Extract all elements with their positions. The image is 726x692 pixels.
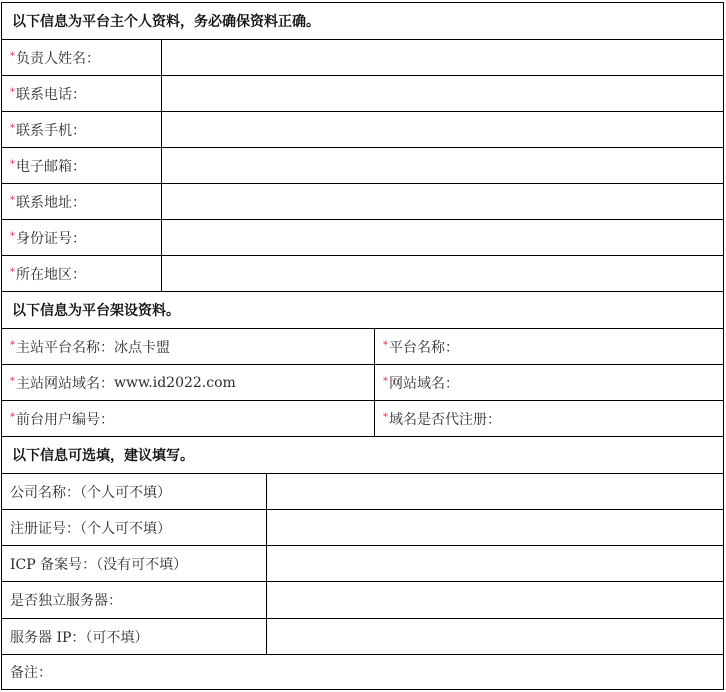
form-row-company-name: 公司名称：（个人可不填） <box>2 473 723 509</box>
required-asterisk-icon: * <box>10 87 15 98</box>
field-label: 联系地址： <box>16 192 86 212</box>
field-label: 主站网站域名： <box>16 373 114 393</box>
server-ip-field[interactable] <box>267 619 723 654</box>
site-domain-field[interactable]: * 网站域名： <box>375 365 723 400</box>
field-label-cell: 服务器 IP：（可不填） <box>2 619 267 654</box>
form-row-domain: * 主站网站域名： www.id2022.com * 网站域名： <box>2 364 723 400</box>
field-label: 服务器 IP：（可不填） <box>10 627 148 647</box>
field-label-cell: * 联系电话： <box>2 76 162 111</box>
form-row-phone: * 联系电话： <box>2 75 723 111</box>
section-heading: 以下信息为平台架设资料。 <box>2 292 723 328</box>
form-row-email: * 电子邮箱： <box>2 147 723 183</box>
field-label-cell: 注册证号：（个人可不填） <box>2 510 267 545</box>
company-name-field[interactable] <box>267 474 723 509</box>
platform-name-field[interactable]: * 平台名称： <box>375 329 723 364</box>
main-platform-name-field[interactable]: * 主站平台名称： 冰点卡盟 <box>2 329 375 364</box>
required-asterisk-icon: * <box>10 412 15 423</box>
field-label: 联系手机： <box>16 120 86 140</box>
field-label-cell: 公司名称：（个人可不填） <box>2 474 267 509</box>
field-label-cell: * 所在地区： <box>2 256 162 291</box>
form-row-region: * 所在地区： <box>2 255 723 291</box>
form-row-id-number: * 身份证号： <box>2 219 723 255</box>
phone-field[interactable] <box>162 76 723 111</box>
field-value: www.id2022.com <box>114 375 236 391</box>
form-row-platform-name: * 主站平台名称： 冰点卡盟 * 平台名称： <box>2 328 723 364</box>
required-asterisk-icon: * <box>10 195 15 206</box>
form-row-mobile: * 联系手机： <box>2 111 723 147</box>
field-label: 电子邮箱： <box>16 156 86 176</box>
field-label: 公司名称：（个人可不填） <box>10 482 171 502</box>
required-asterisk-icon: * <box>10 159 15 170</box>
remarks-label: 备注： <box>10 662 52 682</box>
required-asterisk-icon: * <box>10 231 15 242</box>
form-row-address: * 联系地址： <box>2 183 723 219</box>
email-field[interactable] <box>162 148 723 183</box>
form-row-remarks: 备注： <box>2 654 723 689</box>
front-user-id-field[interactable]: * 前台用户编号： <box>2 401 375 436</box>
form-row-registration-number: 注册证号：（个人可不填） <box>2 509 723 545</box>
field-label-cell: * 电子邮箱： <box>2 148 162 183</box>
required-asterisk-icon: * <box>383 412 388 423</box>
required-asterisk-icon: * <box>10 340 15 351</box>
registration-form: 以下信息为平台主个人资料，务必确保资料正确。 * 负责人姓名： * 联系电话： … <box>1 2 724 690</box>
main-site-domain-field[interactable]: * 主站网站域名： www.id2022.com <box>2 365 375 400</box>
icp-number-field[interactable] <box>267 546 723 581</box>
dedicated-server-field[interactable] <box>267 582 723 618</box>
contact-name-field[interactable] <box>162 40 723 75</box>
field-label: 主站平台名称： <box>16 337 114 357</box>
section-heading: 以下信息为平台主个人资料，务必确保资料正确。 <box>2 3 723 39</box>
remarks-field[interactable]: 备注： <box>2 655 723 689</box>
section-optional-heading-row: 以下信息可选填，建议填写。 <box>2 436 723 473</box>
id-number-field[interactable] <box>162 220 723 255</box>
field-label: 是否独立服务器： <box>10 590 122 610</box>
field-label-cell: 是否独立服务器： <box>2 582 267 618</box>
section-heading: 以下信息可选填，建议填写。 <box>2 437 723 473</box>
form-row-icp-number: ICP 备案号：（没有可不填） <box>2 545 723 581</box>
field-label: 身份证号： <box>16 228 86 248</box>
region-field[interactable] <box>162 256 723 291</box>
field-label-cell: * 身份证号： <box>2 220 162 255</box>
section-personal-heading-row: 以下信息为平台主个人资料，务必确保资料正确。 <box>2 3 723 39</box>
required-asterisk-icon: * <box>10 51 15 62</box>
mobile-field[interactable] <box>162 112 723 147</box>
required-asterisk-icon: * <box>383 376 388 387</box>
section-platform-heading-row: 以下信息为平台架设资料。 <box>2 291 723 328</box>
field-label: 负责人姓名： <box>16 48 100 68</box>
form-row-user-id: * 前台用户编号： * 域名是否代注册： <box>2 400 723 436</box>
field-label: 前台用户编号： <box>16 409 114 429</box>
form-row-server-ip: 服务器 IP：（可不填） <box>2 618 723 654</box>
field-label: 注册证号：（个人可不填） <box>10 518 171 538</box>
field-label-cell: * 联系手机： <box>2 112 162 147</box>
field-label: ICP 备案号：（没有可不填） <box>10 554 187 574</box>
domain-proxy-registration-field[interactable]: * 域名是否代注册： <box>375 401 723 436</box>
field-label-cell: * 负责人姓名： <box>2 40 162 75</box>
field-label-cell: ICP 备案号：（没有可不填） <box>2 546 267 581</box>
address-field[interactable] <box>162 184 723 219</box>
required-asterisk-icon: * <box>383 340 388 351</box>
field-label: 网站域名： <box>389 373 459 393</box>
required-asterisk-icon: * <box>10 267 15 278</box>
form-row-dedicated-server: 是否独立服务器： <box>2 581 723 618</box>
required-asterisk-icon: * <box>10 123 15 134</box>
field-value: 冰点卡盟 <box>114 337 170 357</box>
form-row-contact-name: * 负责人姓名： <box>2 39 723 75</box>
required-asterisk-icon: * <box>10 376 15 387</box>
field-label: 联系电话： <box>16 84 86 104</box>
registration-number-field[interactable] <box>267 510 723 545</box>
field-label: 所在地区： <box>16 264 86 284</box>
field-label-cell: * 联系地址： <box>2 184 162 219</box>
field-label: 平台名称： <box>389 337 459 357</box>
field-label: 域名是否代注册： <box>389 409 501 429</box>
